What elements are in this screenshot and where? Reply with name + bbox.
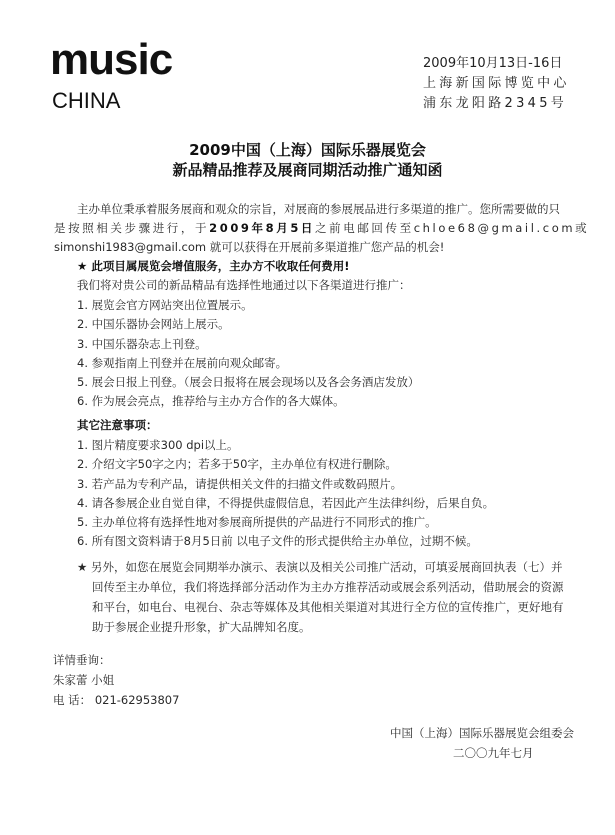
signature-block: 中国（上海）国际乐器展览会组委会 二〇〇九年七月 [390,723,574,763]
channel-item: 1. 展览会官方网站突出位置展示。 [77,296,567,315]
contact-phone-row: 电 话： 021-62953807 [53,690,179,710]
submission-deadline: 2009年8月5日 [209,221,315,235]
notes-list: 1. 图片精度要求300 dpi以上。 2. 介绍文字50字之内；若多于50字，… [77,436,567,552]
intro-line2-prefix: 是按照相关步骤进行，于 [54,221,209,235]
document-title-line1: 2009中国（上海）国际乐器展览会 [0,140,615,160]
event-address: 浦东龙阳路2345号 [423,94,583,114]
intro-line2: 是按照相关步骤进行，于2009年8月5日之前电邮回传至chloe68@gmail… [54,219,564,238]
note-item: 4. 请各参展企业自觉自律，不得提供虚假信息，若因此产生法律纠纷，后果自负。 [77,494,567,513]
channels-list: 1. 展览会官方网站突出位置展示。 2. 中国乐器协会网站上展示。 3. 中国乐… [77,296,567,412]
event-info: 2009年10月13日-16日 上海新国际博览中心 浦东龙阳路2345号 [423,54,583,114]
activities-line: 回传至主办单位，我们将选择部分活动作为主办方推荐活动或展会系列活动，借助展会的资… [77,577,567,597]
contact-block: 详情垂询： 朱家蕾 小姐 电 话： 021-62953807 [53,650,179,710]
note-item: 6. 所有图文资料请于8月5日前 以电子文件的形式提供给主办单位，过期不候。 [77,532,567,551]
channel-item: 2. 中国乐器协会网站上展示。 [77,315,567,334]
intro-line1: 主办单位秉承着服务展商和观众的宗旨，对展商的参展展品进行多渠道的推广。您所需要做… [54,200,564,219]
activities-line: 和平台，如电台、电视台、杂志等媒体及其他相关渠道对其进行全方位的宣传推广，更好地… [77,597,567,617]
contact-label: 详情垂询： [53,650,179,670]
activities-line: ★ 另外，如您在展览会同期举办演示、表演以及相关公司推广活动，可填妥展商回执表（… [77,557,567,577]
intro-line2-suffix: 之前电邮回传至chloe68@gmail.com或 [315,221,589,235]
logo-music: music [50,38,172,82]
free-service-notice: ★ 此项目属展览会增值服务，主办方不收取任何费用! [54,257,564,276]
phone-number: 021-62953807 [95,693,180,707]
activities-line: 助于参展企业提升形象，扩大品牌知名度。 [77,617,567,637]
organizer-name: 中国（上海）国际乐器展览会组委会 [390,723,574,743]
channel-item: 3. 中国乐器杂志上刊登。 [77,335,567,354]
note-item: 2. 介绍文字50字之内；若多于50字，主办单位有权进行删除。 [77,455,567,474]
intro-line3: simonshi1983@gmail.com 就可以获得在开展前多渠道推广您产品… [54,238,564,257]
channel-item: 6. 作为展会亮点，推荐给与主办方合作的各大媒体。 [77,392,567,411]
signature-date: 二〇〇九年七月 [390,743,574,763]
intro-paragraph: 主办单位秉承着服务展商和观众的宗旨，对展商的参展展品进行多渠道的推广。您所需要做… [54,200,564,295]
channel-item: 4. 参观指南上刊登并在展前向观众邮寄。 [77,354,567,373]
phone-label: 电 话： [53,693,91,707]
event-dates: 2009年10月13日-16日 [423,54,583,74]
channels-intro: 我们将对贵公司的新品精品有选择性地通过以下各渠道进行推广： [54,276,564,295]
activities-paragraph: ★ 另外，如您在展览会同期举办演示、表演以及相关公司推广活动，可填妥展商回执表（… [77,557,567,637]
event-venue: 上海新国际博览中心 [423,74,583,94]
note-item: 5. 主办单位将有选择性地对参展商所提供的产品进行不同形式的推广。 [77,513,567,532]
document-title-line2: 新品精品推荐及展商同期活动推广通知函 [0,160,615,180]
contact-name: 朱家蕾 小姐 [53,670,179,690]
logo-china: CHINA [52,90,120,112]
note-item: 3. 若产品为专利产品，请提供相关文件的扫描文件或数码照片。 [77,475,567,494]
note-item: 1. 图片精度要求300 dpi以上。 [77,436,567,455]
channel-item: 5. 展会日报上刊登。（展会日报将在展会现场以及各会务酒店发放） [77,373,567,392]
notes-heading: 其它注意事项： [77,416,158,435]
